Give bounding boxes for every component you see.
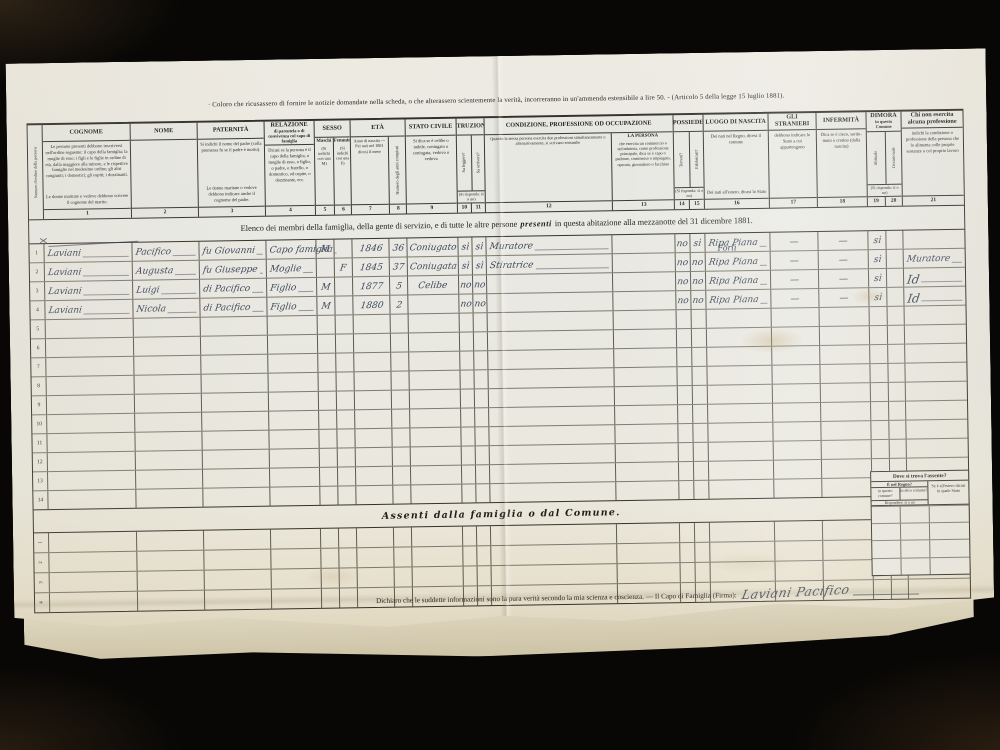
cell-terreni	[677, 405, 692, 423]
cell-nome	[134, 394, 201, 413]
cell-sessoF	[336, 410, 354, 428]
cell-eta_anni: 36	[388, 238, 406, 256]
cell-scrive	[475, 484, 489, 502]
cell-stranieri	[771, 308, 819, 327]
cell-luogo	[706, 328, 771, 347]
cell-sessoF	[337, 448, 355, 466]
dove-row-1	[872, 504, 969, 523]
cell-condizione	[488, 425, 614, 445]
handwritten-value: Laviani	[44, 284, 83, 301]
col-number-scrive: 11	[471, 203, 485, 212]
cell-legge	[459, 332, 473, 350]
cell-stranieri	[772, 384, 820, 403]
cell-terreni	[680, 563, 695, 582]
col-number-sessoF: 6	[335, 204, 351, 214]
cell-scrive	[476, 546, 490, 565]
cell-terreni	[676, 329, 691, 347]
cell-sessoF	[337, 486, 355, 504]
cell-stranieri: —	[770, 270, 818, 289]
cell-persona	[615, 462, 678, 481]
cell-fabbricati	[691, 310, 706, 328]
cell-relazione: Figlio	[266, 297, 316, 316]
cell-relazione	[267, 373, 317, 392]
col-title-chi: Chi non esercita alcuna professione	[901, 111, 962, 129]
cell-stato: Coniugata	[407, 257, 458, 276]
cell-persona	[612, 253, 675, 272]
dove-resp: Rispondere: sì o no	[872, 499, 928, 505]
col-header-stato: STATO CIVILESi dica se è celibe o nubile…	[405, 119, 457, 214]
cell-chi	[904, 306, 966, 325]
subcol-condizione: Quando la stessa persona esercita due pr…	[485, 133, 612, 212]
cell-nome: Nicola	[132, 299, 199, 318]
handwritten-value: Figlio	[266, 299, 297, 315]
cell-eta_anno	[355, 467, 392, 486]
cell-fabbricati	[691, 367, 706, 385]
handwritten-value: 36	[391, 240, 405, 256]
cell-relazione: Capo famiglia	[265, 240, 315, 259]
cell-paternita	[200, 336, 267, 355]
cell-condizione	[490, 544, 616, 565]
cell-scrive: sì	[471, 237, 485, 255]
cell-sessoM	[321, 589, 339, 608]
cell-sessoF	[333, 239, 351, 257]
handwritten-value: —	[789, 253, 800, 269]
cell-luogo: Ripa Piana	[705, 271, 770, 290]
cell-paternita	[201, 412, 268, 431]
cell-idx: 8	[32, 377, 46, 395]
handwritten-value: Stiratrice	[486, 257, 535, 274]
cell-relazione	[268, 430, 318, 449]
ink-trailing-stroke	[168, 312, 197, 313]
cell-condizione	[486, 273, 612, 293]
cell-sessoM: M	[316, 297, 334, 315]
cell-persona	[616, 523, 679, 543]
cell-nome	[135, 489, 202, 508]
cell-paternita	[204, 570, 271, 590]
cell-persona	[612, 291, 675, 310]
cell-eta_anni	[391, 390, 409, 408]
cell-occasionale	[886, 269, 903, 287]
cell-scrive	[474, 408, 488, 426]
dove-rows	[872, 504, 970, 575]
handwritten-value: —	[789, 291, 800, 307]
cell-idx: 3	[30, 282, 44, 300]
cell-idx: 11	[32, 434, 46, 452]
cell-luogo	[707, 385, 772, 404]
handwritten-value: no	[676, 236, 689, 252]
col-number-paternita: 3	[199, 206, 265, 217]
cell-chi	[904, 363, 966, 382]
cell-cognome	[46, 376, 134, 395]
subcol-terreni: Terreni?	[674, 132, 690, 187]
cell-sessoM	[318, 411, 336, 429]
ink-trailing-stroke	[298, 291, 313, 292]
cell-luogo: Ripa PianaForlì	[705, 252, 770, 271]
col-number-abituale: 19	[868, 197, 885, 206]
cell-infermita: —	[818, 288, 868, 307]
cell-paternita: fu Giuseppe	[199, 260, 266, 279]
cell-persona	[613, 329, 676, 348]
col-number-persona: 13	[613, 199, 674, 210]
cell-idx: 2	[30, 263, 44, 281]
cell-occasionale	[889, 440, 906, 458]
cell-legge	[461, 484, 475, 502]
cell-nome	[133, 337, 200, 356]
col-title-luogo: LUOGO DI NASCITA	[703, 114, 767, 132]
col-number-condizione: 12	[486, 200, 612, 212]
cell-sessoF	[338, 548, 356, 567]
dove-row-4	[872, 556, 969, 575]
cell-abituale	[869, 345, 887, 363]
col-title-paternita: PATERNITÀ	[198, 122, 264, 140]
col-header-idx: Numero d'ordine della persona	[28, 125, 43, 219]
cell-abituale: sì	[868, 288, 886, 306]
cell-nome: Luigi	[132, 280, 199, 299]
col-title-eta: ETÀ	[351, 119, 405, 137]
handwritten-value: no	[676, 274, 689, 290]
cell-eta_anno: 1845	[352, 258, 389, 277]
cell-sessoM	[316, 259, 334, 277]
cell-abituale: sì	[868, 269, 886, 287]
cell-chi	[902, 230, 964, 249]
cell-fabbricati: sì	[689, 234, 704, 252]
dove-q1: in questo comune?	[871, 488, 899, 500]
cell-chi: Id	[903, 268, 965, 287]
handwritten-value: —	[789, 272, 800, 288]
cell-persona	[613, 367, 676, 386]
cell-stato	[410, 447, 461, 466]
dove-row-2	[872, 522, 969, 541]
cell-chi	[904, 344, 966, 363]
cell-infermita	[821, 459, 871, 478]
cell-condizione	[487, 349, 613, 369]
cell-eta_anno: 1846	[351, 239, 388, 258]
cell-nome	[135, 470, 202, 489]
cell-idx: 5	[31, 320, 45, 338]
cell-occasionale	[887, 345, 904, 363]
col-number-stato: 9	[407, 203, 457, 214]
cell-eta_anni	[390, 352, 408, 370]
cell-stranieri: —	[769, 232, 817, 251]
cell-terreni	[676, 310, 691, 328]
cell-fabbricati	[693, 462, 708, 480]
cell-paternita	[202, 469, 269, 488]
legal-warning-line: · Coloro che ricusassero di fornire le n…	[6, 89, 986, 111]
cell-fabbricati	[692, 405, 707, 423]
cell-sessoF	[334, 296, 352, 314]
cell-scrive: sì	[472, 256, 486, 274]
ink-trailing-stroke	[761, 303, 768, 304]
cell-persona	[613, 348, 676, 367]
cell-infermita	[820, 421, 870, 440]
handwritten-value: sì	[873, 290, 883, 306]
ink-trailing-stroke	[257, 254, 263, 255]
cell-occasionale	[887, 364, 904, 382]
cell-stranieri: —	[770, 289, 818, 308]
cell-terreni	[678, 462, 693, 480]
cell-idx: 3	[35, 573, 49, 592]
handwritten-value: Augusta	[132, 263, 175, 280]
cell-stato	[408, 333, 459, 352]
col-header-relazione: RELAZIONEdi parentela o di convivenza co…	[264, 121, 315, 216]
cell-paternita	[201, 393, 268, 412]
cell-scrive: no	[472, 275, 486, 293]
cell-stranieri	[771, 327, 819, 346]
ink-trailing-stroke	[303, 272, 313, 273]
handwritten-value: Laviani	[44, 303, 83, 320]
cell-terreni	[677, 424, 692, 442]
handwritten-correction: Forlì	[718, 244, 737, 252]
cell-sessoM	[319, 449, 337, 467]
col-title-dimora: DIMORAin questo Comune	[866, 112, 900, 132]
cell-stato	[408, 314, 459, 333]
ink-trailing-stroke	[260, 273, 263, 274]
ink-trailing-stroke	[175, 274, 196, 275]
cell-stranieri	[775, 561, 823, 581]
cell-idx: 1	[34, 533, 48, 552]
handwritten-value: Muratore	[903, 251, 952, 268]
col-title-nome: NOME	[131, 123, 197, 141]
cell-infermita	[823, 560, 873, 580]
cell-eta_anno	[355, 448, 392, 467]
ink-trailing-stroke	[760, 265, 767, 266]
cell-legge	[461, 465, 475, 483]
cell-cognome	[45, 338, 133, 357]
cell-infermita	[822, 520, 872, 540]
elenco-pre: Elenco dei membri della famiglia, della …	[241, 220, 518, 233]
cell-infermita	[821, 440, 871, 459]
subcol-sessoF: Femmine(Si indichi con una F)6	[333, 137, 351, 214]
handwritten-value: 37	[391, 259, 405, 275]
cell-relazione	[270, 549, 320, 569]
ink-trailing-stroke	[299, 310, 314, 311]
cell-chi	[906, 439, 968, 458]
ink-trailing-stroke	[922, 281, 963, 283]
cell-sessoM	[319, 468, 337, 486]
subcol-abituale: Abituale	[867, 131, 886, 184]
census-table: Numero d'ordine della personaCOGNOMELe p…	[27, 109, 972, 614]
handwritten-value: —	[838, 253, 849, 269]
cell-sessoF	[335, 372, 353, 390]
cell-infermita: —	[818, 250, 868, 269]
elenco-presenti: presenti	[520, 219, 552, 228]
handwritten-value: Id	[903, 272, 920, 286]
cell-abituale: sì	[867, 231, 885, 249]
cell-terreni: no	[675, 272, 690, 290]
cell-sessoF	[334, 277, 352, 295]
col-header-stranieri: GLI STRANIERIdebbono indicare lo Stato a…	[767, 113, 816, 208]
cell-luogo	[708, 480, 773, 499]
cell-infermita	[819, 326, 869, 345]
cell-scrive	[475, 446, 489, 464]
handwritten-value: fu Giuseppe	[199, 262, 259, 279]
dove-subheader: È nel Regno? in questo comune? in altro …	[871, 481, 968, 506]
cell-abituale	[869, 326, 887, 344]
cell-occasionale	[888, 383, 905, 401]
col-number-cognome: 1	[44, 208, 131, 219]
cell-eta_anno	[353, 372, 390, 391]
cell-condizione	[487, 330, 613, 350]
cell-legge: no	[458, 294, 472, 312]
cell-eta_anni	[390, 314, 408, 332]
handwritten-value: no	[691, 274, 704, 290]
col-number-eta_anni: 8	[390, 203, 406, 213]
ink-trailing-stroke	[952, 262, 962, 263]
handwritten-value: Laviani	[44, 265, 83, 282]
cell-relazione	[268, 392, 318, 411]
cell-legge	[460, 389, 474, 407]
handwritten-value: Ripa Piana	[705, 254, 759, 271]
handwritten-value: Figlio	[266, 280, 297, 296]
cell-fabbricati	[694, 543, 709, 562]
cell-terreni: no	[674, 234, 689, 252]
cell-relazione	[268, 411, 318, 430]
cell-eta_anno	[353, 353, 390, 372]
handwritten-value: di Pacifico	[199, 281, 251, 298]
cell-condizione	[486, 292, 612, 312]
ink-trailing-stroke	[760, 246, 767, 247]
col-title-stato: STATO CIVILE	[406, 119, 456, 137]
cell-condizione	[487, 368, 613, 388]
cell-fabbricati	[692, 386, 707, 404]
cell-stranieri	[771, 365, 819, 384]
cell-terreni	[677, 386, 692, 404]
cell-eta_anni	[391, 428, 409, 446]
cell-relazione	[271, 589, 321, 609]
cell-sessoM	[317, 354, 335, 372]
cell-condizione	[489, 482, 615, 502]
cell-relazione	[271, 569, 321, 589]
cell-persona	[614, 424, 677, 443]
cell-sessoF	[335, 315, 353, 333]
cell-eta_anno	[354, 391, 391, 410]
cell-infermita	[819, 345, 869, 364]
col-number-occasionale: 20	[884, 197, 902, 206]
cell-abituale	[870, 421, 888, 439]
cell-terreni	[678, 443, 693, 461]
elenco-post: in questa abitazione alla mezzanotte del…	[555, 216, 753, 228]
cell-idx: 4	[35, 593, 49, 612]
cell-terreni	[679, 543, 694, 562]
cell-scrive	[474, 427, 488, 445]
cell-occasionale	[885, 231, 902, 249]
handwritten-value: F	[339, 260, 348, 276]
cell-idx: 14	[33, 491, 47, 509]
cell-infermita: —	[817, 231, 867, 250]
handwritten-value: no	[473, 277, 486, 293]
cell-cognome	[48, 552, 136, 572]
ink-trailing-stroke	[84, 313, 130, 315]
cell-sessoF	[336, 429, 354, 447]
col-title-istruzione: ISTRUZIONE	[457, 118, 484, 135]
cell-stato	[412, 567, 463, 587]
cell-abituale	[870, 402, 888, 420]
col-header-dimora: DIMORAin questo ComuneAbitualeOccasional…	[865, 112, 901, 207]
cell-nome	[136, 531, 203, 551]
cell-stato	[408, 371, 459, 390]
cell-condizione	[488, 406, 614, 426]
handwritten-value: 1846	[358, 241, 383, 257]
cell-infermita: —	[818, 269, 868, 288]
cell-luogo	[707, 404, 772, 423]
cell-sessoM	[320, 549, 338, 568]
cell-condizione	[488, 387, 614, 407]
handwritten-value: Ripa Piana	[705, 273, 759, 290]
cell-persona	[611, 234, 674, 253]
cell-scrive	[476, 526, 490, 545]
cell-eta_anno: 1877	[352, 277, 389, 296]
handwritten-value: —	[837, 234, 848, 250]
cell-cognome	[47, 490, 135, 509]
cell-luogo	[708, 461, 773, 480]
cell-scrive	[477, 566, 491, 585]
rotated-col-label: Numero d'ordine della persona	[28, 125, 43, 219]
handwritten-value: M	[319, 242, 331, 258]
cell-paternita: fu Giovanni	[198, 241, 265, 260]
cell-luogo	[709, 542, 774, 562]
cell-eta_anno	[353, 315, 390, 334]
cell-luogo	[707, 423, 772, 442]
handwritten-value: Moglie	[266, 261, 303, 278]
cell-scrive	[473, 332, 487, 350]
cell-eta_anni	[390, 371, 408, 389]
cell-eta_anni: 5	[389, 276, 407, 294]
cell-stato	[407, 295, 458, 314]
handwritten-value: Pacifico	[131, 244, 172, 261]
cell-legge	[459, 351, 473, 369]
cell-fabbricati	[692, 424, 707, 442]
col-number-relazione: 4	[266, 205, 315, 216]
cell-eta_anni	[390, 333, 408, 351]
cell-stato	[408, 352, 459, 371]
cell-nome	[136, 551, 203, 571]
cell-chi: Muratore	[903, 249, 965, 268]
cell-eta_anni	[392, 447, 410, 465]
cell-stranieri	[772, 422, 820, 441]
ink-trailing-stroke	[83, 275, 129, 277]
cell-chi	[904, 325, 966, 344]
cell-sessoM	[317, 335, 335, 353]
cell-fabbricati	[691, 329, 706, 347]
handwritten-value: sì	[460, 239, 470, 255]
cell-sessoM	[318, 392, 336, 410]
cell-nome	[137, 591, 204, 611]
cell-infermita	[819, 307, 869, 326]
cell-eta_anno	[356, 528, 393, 548]
cell-scrive: no	[472, 294, 486, 312]
cell-eta_anno	[357, 568, 394, 588]
cell-terreni	[678, 481, 693, 499]
handwritten-value: 5	[395, 279, 403, 295]
cell-stranieri	[774, 541, 822, 561]
cell-infermita	[822, 540, 872, 560]
cell-luogo	[706, 366, 771, 385]
cell-nome	[134, 432, 201, 451]
cell-eta_anno	[354, 429, 391, 448]
handwritten-value: Laviani	[43, 246, 82, 263]
cell-fabbricati: no	[690, 253, 705, 271]
dove-si-trova-box: Dove si trova l'assente? È nel Regno? in…	[870, 470, 971, 577]
cell-paternita	[202, 450, 269, 469]
cell-sessoF	[336, 391, 354, 409]
cell-relazione: Moglie	[266, 259, 316, 278]
cell-paternita	[204, 590, 271, 610]
handwritten-value: 2	[395, 298, 403, 314]
cell-legge	[459, 313, 473, 331]
col-header-istruzione: ISTRUZIONESa leggere?Sa scrivere?(Si ris…	[456, 118, 485, 212]
ink-trailing-stroke	[922, 300, 963, 302]
col-number-luogo: 16	[705, 198, 769, 209]
